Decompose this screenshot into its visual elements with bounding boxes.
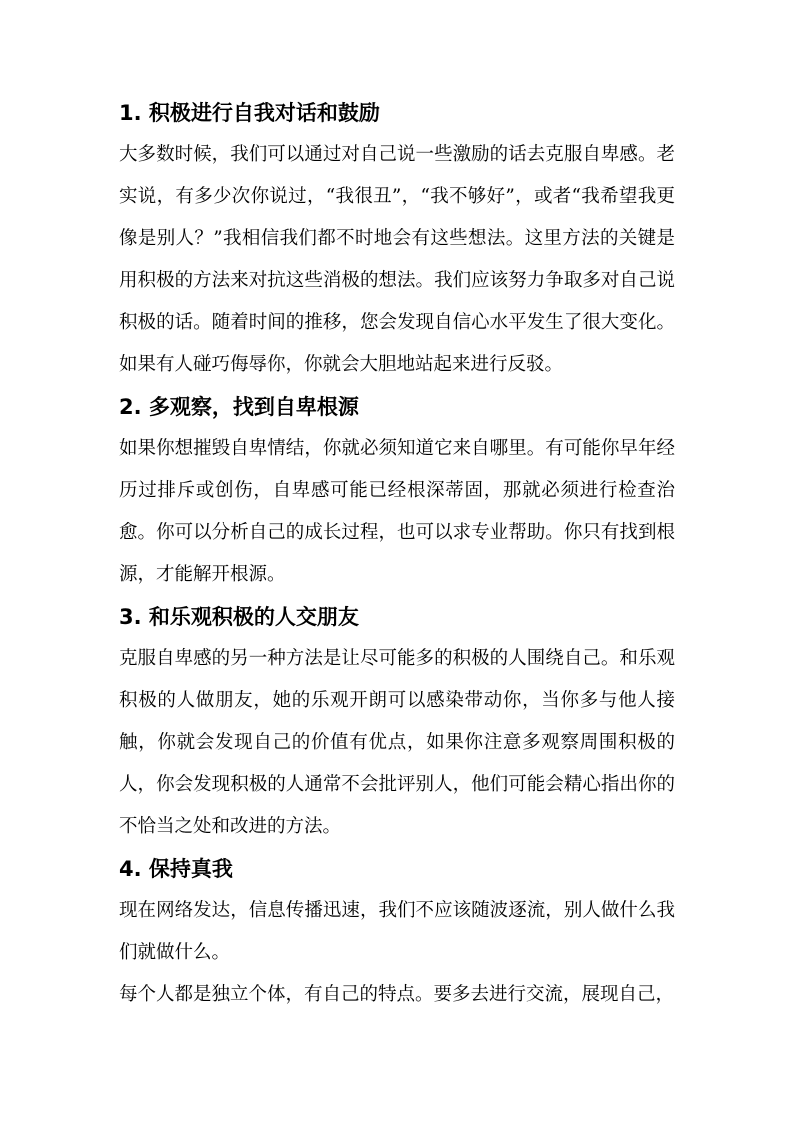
section-positive-friends: 3. 和乐观积极的人交朋友 克服自卑感的另一种方法是让尽可能多的积极的人围绕自己… — [119, 596, 675, 848]
section-paragraph: 现在网络发达，信息传播迅速，我们不应该随波逐流，别人做什么我们就做什么。 — [119, 890, 675, 974]
section-heading: 3. 和乐观积极的人交朋友 — [119, 596, 675, 638]
section-heading: 2. 多观察，找到自卑根源 — [119, 386, 675, 428]
document-page: 1. 积极进行自我对话和鼓励 大多数时候，我们可以通过对自己说一些激励的话去克服… — [0, 0, 793, 1122]
section-be-yourself: 4. 保持真我 现在网络发达，信息传播迅速，我们不应该随波逐流，别人做什么我们就… — [119, 848, 675, 1016]
section-paragraph: 每个人都是独立个体，有自己的特点。要多去进行交流，展现自己， — [119, 974, 675, 1016]
section-heading: 1. 积极进行自我对话和鼓励 — [119, 92, 675, 134]
section-heading: 4. 保持真我 — [119, 848, 675, 890]
section-find-root: 2. 多观察，找到自卑根源 如果你想摧毁自卑情结，你就必须知道它来自哪里。有可能… — [119, 386, 675, 596]
section-paragraph: 大多数时候，我们可以通过对自己说一些激励的话去克服自卑感。老实说，有多少次你说过… — [119, 134, 675, 386]
section-self-talk: 1. 积极进行自我对话和鼓励 大多数时候，我们可以通过对自己说一些激励的话去克服… — [119, 92, 675, 386]
section-paragraph: 克服自卑感的另一种方法是让尽可能多的积极的人围绕自己。和乐观积极的人做朋友，她的… — [119, 638, 675, 848]
section-paragraph: 如果你想摧毁自卑情结，你就必须知道它来自哪里。有可能你早年经历过排斥或创伤，自卑… — [119, 428, 675, 596]
